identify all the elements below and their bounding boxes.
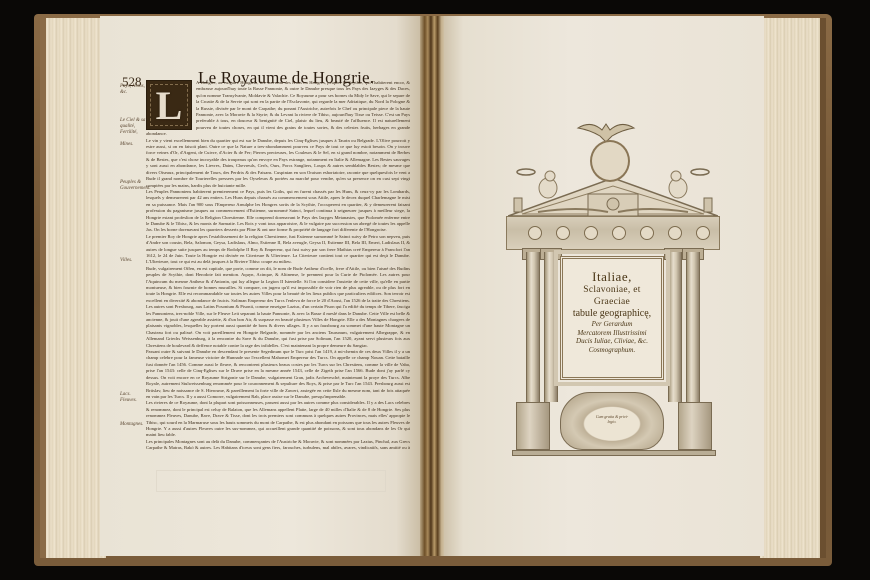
decorated-initial: L [146, 80, 192, 130]
paragraph: Le vin y vient excellemment bien du quar… [146, 138, 410, 189]
margin-note: Peuples & Gouvernement. [120, 180, 146, 192]
rosette-icon [528, 226, 542, 240]
margin-note: Mines. [120, 142, 146, 148]
drop-cap-letter: L [156, 82, 183, 129]
margin-note: Pays, Noms, &c. [120, 84, 146, 96]
plinth [512, 450, 716, 456]
margin-note: Le Ciel & sa qualité, Fertilité, [120, 118, 146, 136]
rosette-icon [668, 226, 682, 240]
title-block: Italiae, Sclavoniae, et Graeciae tabule … [564, 270, 660, 354]
paragraph: Les principales Montagnes sont au delà d… [146, 439, 410, 452]
column [526, 252, 540, 402]
column [686, 252, 700, 402]
margin-note: Lacs. Fleuves. [120, 392, 146, 404]
author-line: Ducis Iuliae, Cliviae, &c. [564, 337, 660, 346]
title-line: Italiae, [564, 270, 660, 284]
column [544, 252, 558, 402]
body-text: A Hongrie, au vulgaire Hungaria, tire so… [146, 80, 410, 452]
left-page-block-edges [40, 18, 106, 558]
eagle-crest-icon [576, 120, 636, 142]
rosette-icon [584, 226, 598, 240]
rosette-icon [640, 226, 654, 240]
paragraph: Passant outre & suivant le Danube en des… [146, 349, 410, 400]
paragraph: Le premier Roy de Hongrie apres l'establ… [146, 234, 410, 266]
column [668, 252, 682, 402]
author-line: Cosmographum. [564, 346, 660, 355]
subtitle-line: tabule geographicę, [564, 308, 660, 320]
paragraph: Les rivieres de ce Royaume, dont la plup… [146, 400, 410, 438]
rosette-icon [696, 226, 710, 240]
paragraph: Les Peuples Pannoniens habiterent premie… [146, 189, 410, 234]
right-page-block-edges [760, 18, 826, 558]
title-line: Graeciae [564, 296, 660, 308]
show-through-impression [156, 470, 386, 492]
author-line: Mercatorem Illustrissimi [564, 329, 660, 338]
column-pedestal [678, 402, 712, 450]
privilege-text: Cum gratia & privi-legio. [594, 414, 630, 424]
janus-medallion-icon [590, 140, 630, 182]
margin-note: Villes. [120, 258, 146, 264]
paragraph: Bude, vulgairement Offen, en est capital… [146, 266, 410, 349]
book-gutter [420, 16, 446, 556]
margin-note: Montagnes. [120, 422, 146, 428]
rosette-icon [556, 226, 570, 240]
author-line: Per Gerardum [564, 320, 660, 329]
book-photograph: 528 Le Royaume de Hongrie. Pays, Noms, &… [0, 0, 870, 580]
title-line: Sclavoniae, et [564, 284, 660, 296]
column-pedestal [516, 402, 550, 450]
rosette-icon [612, 226, 626, 240]
